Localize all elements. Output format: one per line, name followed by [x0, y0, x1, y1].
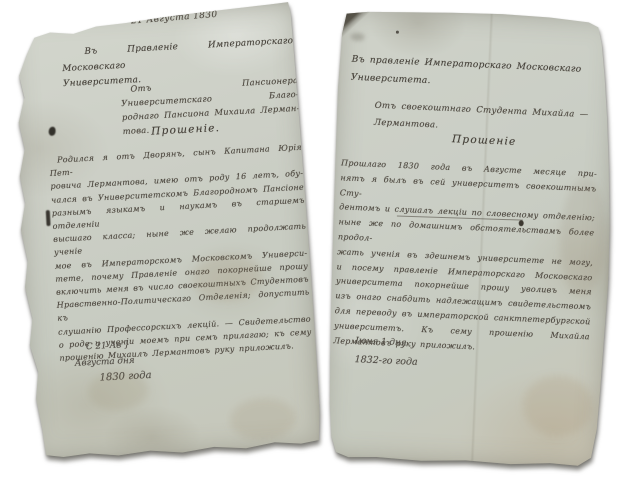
date-signature-block: С 21 Ав } Августа дня 1830 года — [74, 334, 216, 388]
archive-date-note: 21 Августа 1830 — [131, 4, 289, 26]
address-block: Въ правленіе Императорскаго Московскаго … — [350, 51, 581, 97]
petition-body: Прошлаго 1830 года въ Августе месяце при… — [333, 156, 597, 359]
photo-of-two-manuscripts: 21 Августа 1830 Въ Правленіе Императорск… — [0, 0, 640, 486]
right-document-shadow: Въ правленіе Императорскаго Московскаго … — [330, 12, 610, 464]
ink-dot — [396, 31, 399, 34]
stain — [229, 396, 297, 441]
left-document-shadow: 21 Августа 1830 Въ Правленіе Императорск… — [20, 8, 310, 454]
right-document: Въ правленіе Императорскаго Московскаго … — [320, 6, 619, 470]
petition-body: Родился я отъ Дворянъ, сынъ Капитана Юрі… — [49, 141, 313, 365]
folded-corner — [338, 6, 370, 47]
stain — [521, 374, 594, 437]
left-document: 21 Августа 1830 Въ Правленіе Императорск… — [9, 1, 322, 462]
ink-mark — [46, 210, 51, 226]
date-block: Іюня 1 дня 1832-го года — [354, 333, 475, 373]
ink-blot — [48, 127, 55, 136]
